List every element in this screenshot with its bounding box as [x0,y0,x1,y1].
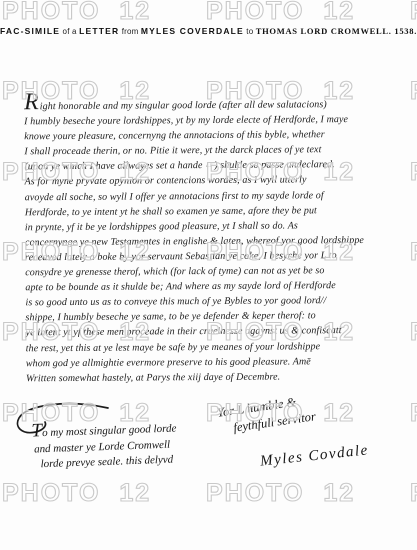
caption-recipient-date: THOMAS LORD CROMWELL. 1538. [256,26,417,36]
watermark-text: PHOTO 12 [206,479,355,508]
watermark-text: PHOTO 12 [410,318,417,347]
watermark-text: PHOTO 12 [410,238,417,267]
letter-body: Right honorable and my singular good lor… [24,95,398,386]
watermark-text: PHOTO 12 [410,158,417,187]
address-block: To my most singular good lorde and maste… [31,418,178,473]
caption-facsimile: FAC-SIMILE [0,26,60,36]
watermark-text: PHOTO 12 [206,0,355,26]
caption-letter: LETTER [79,26,119,36]
watermark-text: PHOTO 12 [2,0,151,26]
watermark-text: PHOTO 12 [2,479,151,508]
letter-line: concernynge ye new Testamentes in englis… [25,233,397,251]
caption-of-a: of a [63,27,77,36]
signoff: Yor L humble & feythfull servitor [216,391,317,438]
document-scan: FAC-SIMILE of a LETTER from MYLES COVERD… [0,0,417,550]
caption-from: from [122,27,139,36]
letter-line: I humbly beseche youre lordshippes, yt b… [24,112,396,130]
signature-name: Myles Covdale [259,442,369,470]
caption: FAC-SIMILE of a LETTER from MYLES COVERD… [0,26,417,36]
caption-author: MYLES COVERDALE [141,26,244,36]
letter-line: Written somewhat hastely, at Parys the x… [26,368,398,386]
watermark-text: PHOTO 12 [410,399,417,428]
watermark-text: PHOTO 12 [410,479,417,508]
caption-to: to [246,27,253,36]
watermark-text: PHOTO 12 [410,77,417,106]
watermark-text: PHOTO 12 [410,0,417,26]
